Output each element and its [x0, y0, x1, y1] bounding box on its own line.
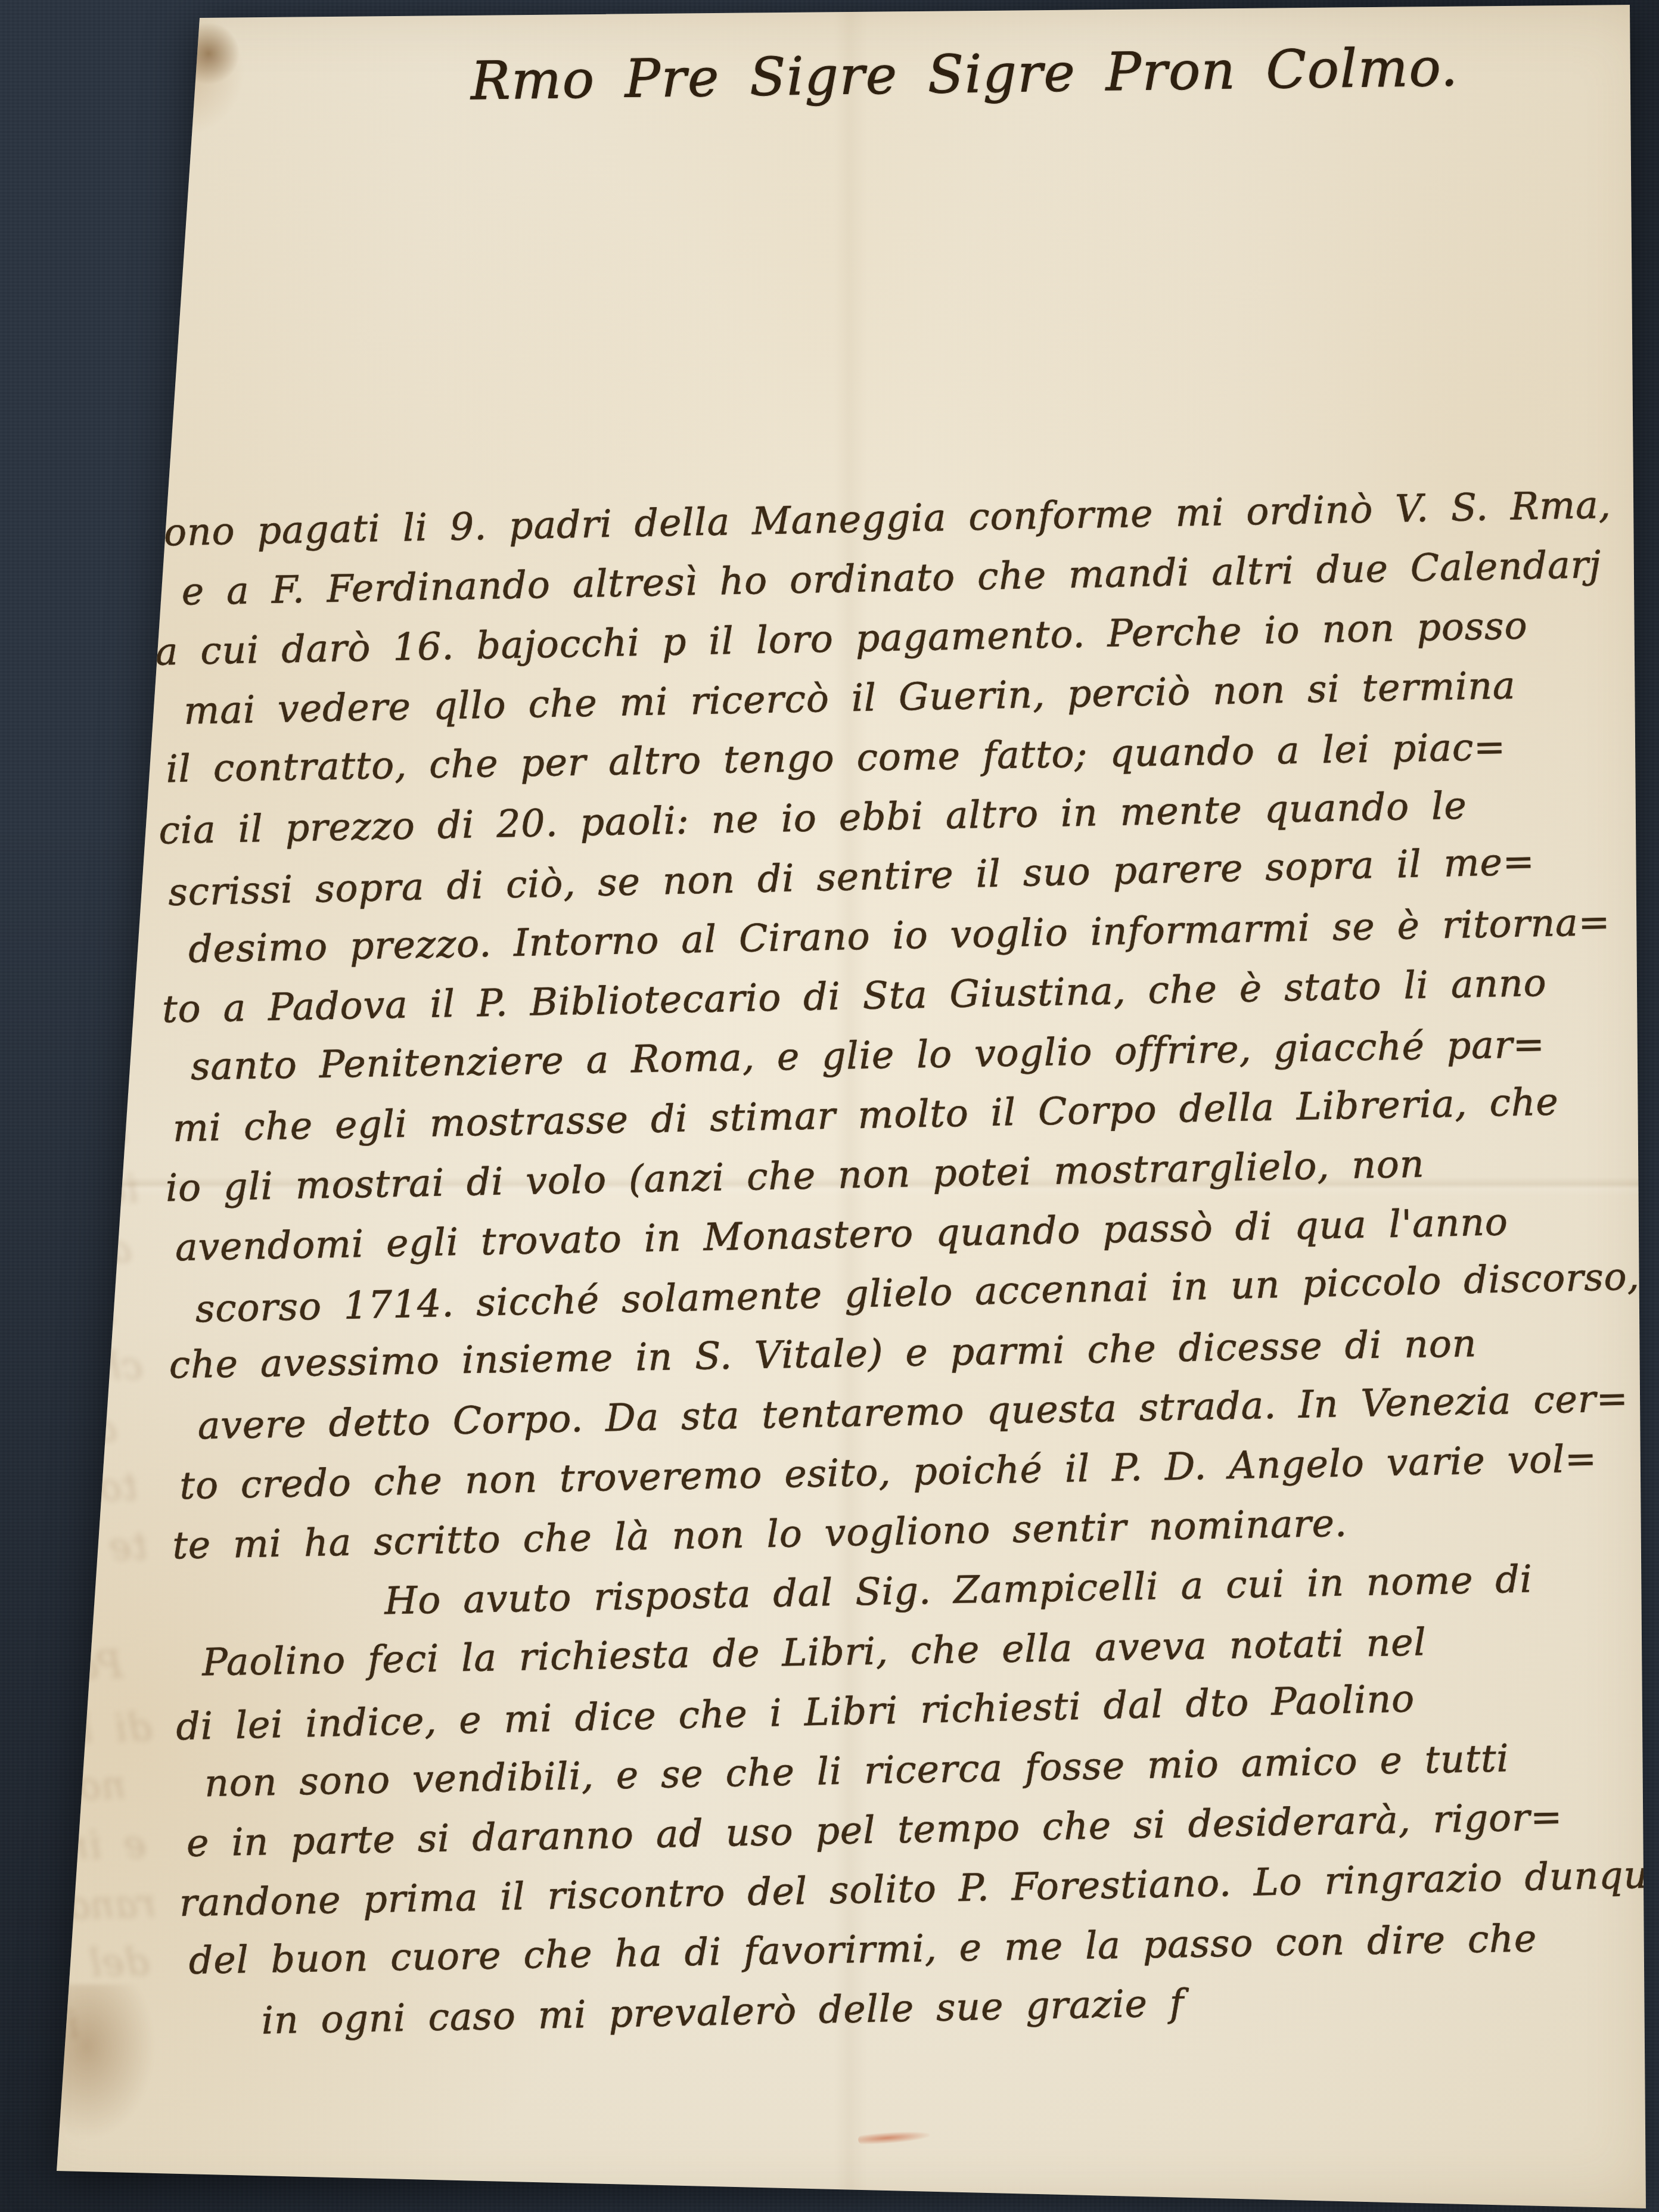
edge-smudge — [42, 1984, 155, 2139]
letter-paper-wrap: Rmo Pre Sigre Sigre Pron Colmo. Sono pag… — [0, 0, 1659, 2212]
ink-layer: Sono pagati li 9. padri della Maneggia c… — [137, 477, 1561, 2052]
red-ink-stain — [858, 2130, 930, 2145]
salutation-line: Rmo Pre Sigre Sigre Pron Colmo. — [470, 20, 1258, 132]
letter-paper: Rmo Pre Sigre Sigre Pron Colmo. Sono pag… — [0, 0, 1659, 2212]
